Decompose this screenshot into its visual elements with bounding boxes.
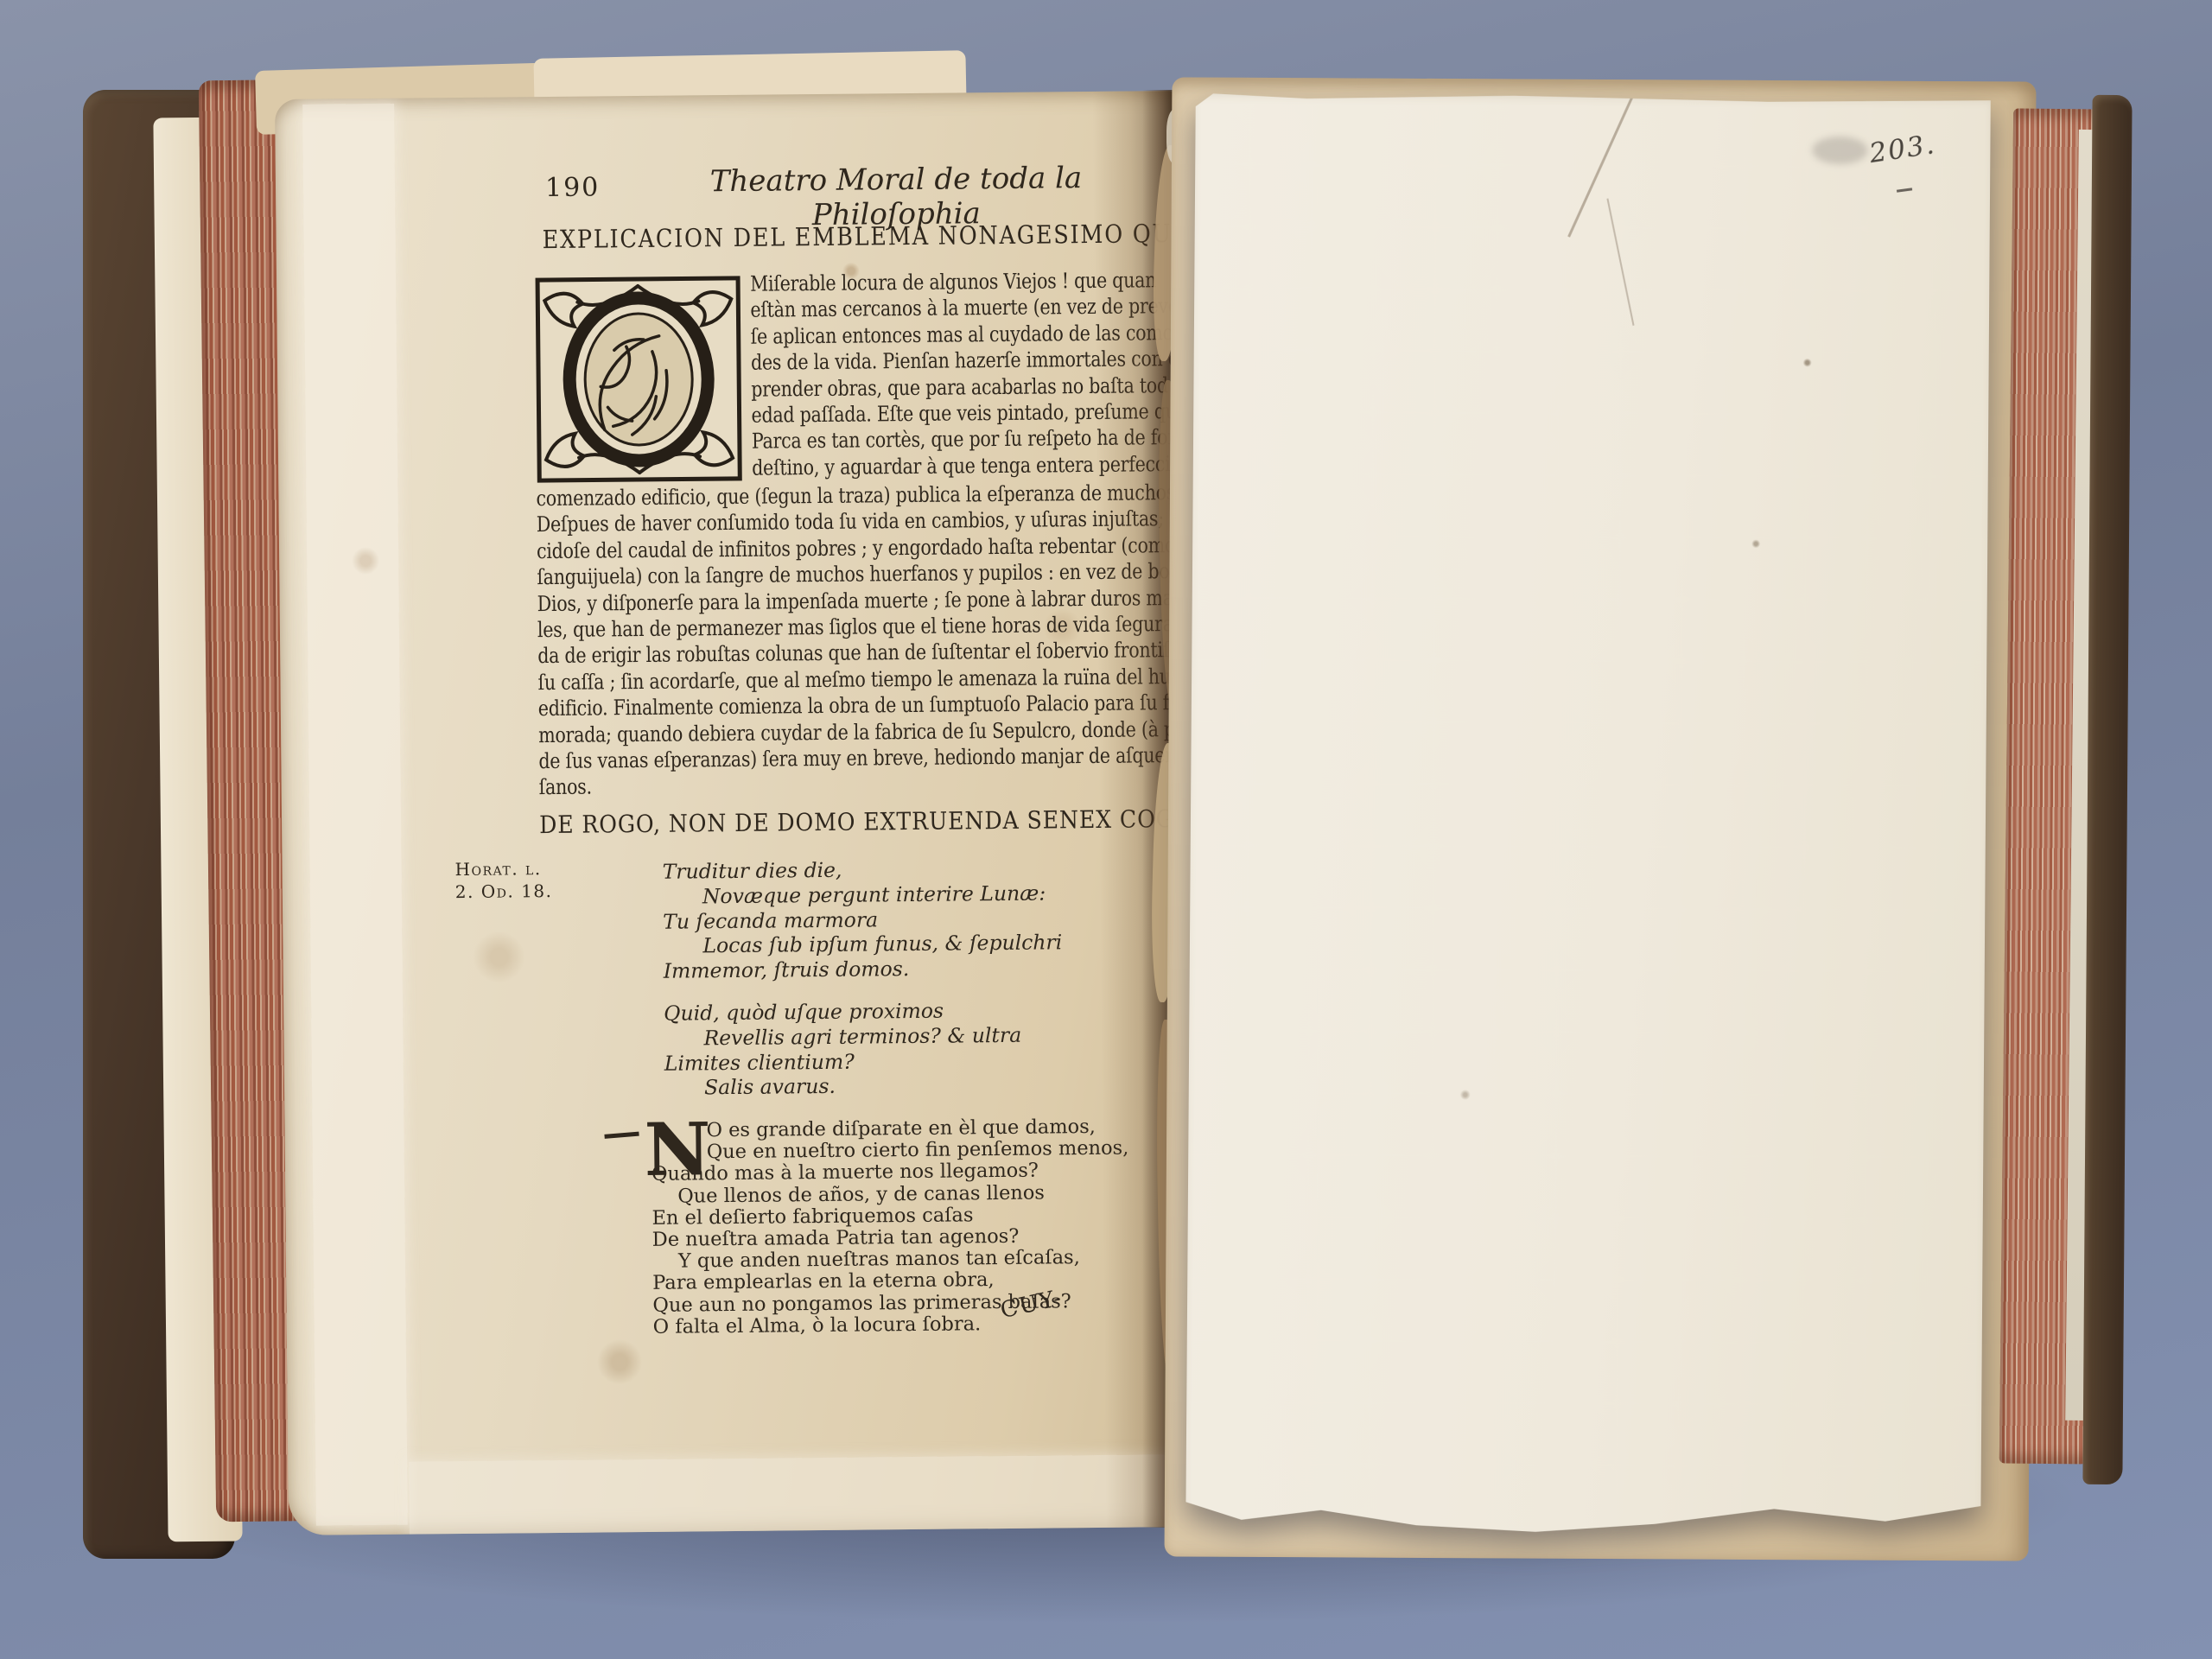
verse-line: Salis avarus. bbox=[664, 1072, 1022, 1101]
right-blank-page: 203. bbox=[1185, 91, 1991, 1541]
latin-stanza-2: Quid, quòd uſque proximos Revellis agri … bbox=[664, 998, 1022, 1101]
handwritten-dash bbox=[1897, 188, 1912, 192]
photo-scene: Horat. l. 2. Od. 18. 190 Theatro Moral d… bbox=[0, 0, 2212, 1659]
paper-crease bbox=[1606, 199, 1634, 326]
verse-line: Revellis agri terminos? & ultra bbox=[664, 1023, 1021, 1052]
right-page-wrap: 203. bbox=[1185, 91, 1991, 1541]
verse-line: Tu ſecanda marmora bbox=[663, 906, 1062, 934]
ornamental-initial-woodcut bbox=[534, 273, 743, 486]
printers-dash bbox=[604, 1132, 639, 1139]
verse-line: Immemor, ſtruis domos. bbox=[664, 956, 1063, 984]
right-cover-leather bbox=[2082, 95, 2132, 1484]
verse-line: Quid, quòd uſque proximos bbox=[664, 998, 1021, 1027]
verse-line: Locas ſub ipſum funus, & ſepulchri bbox=[663, 931, 1062, 959]
repair-strip-vertical bbox=[302, 104, 408, 1526]
verse-line: Novæque pergunt interire Lunæ: bbox=[663, 880, 1062, 909]
page-number: 190 bbox=[545, 172, 601, 203]
handwritten-folio-number: 203. bbox=[1867, 129, 1938, 169]
erased-pencil-smudge bbox=[1812, 137, 1867, 164]
verse-line: O falta el Alma, ò la locura ſobra. bbox=[646, 1312, 1131, 1338]
latin-stanza-1: Truditur dies die, Novæque pergunt inter… bbox=[663, 855, 1063, 983]
margin-citation-line2: 2. Od. 18. bbox=[455, 880, 553, 903]
left-page: Horat. l. 2. Od. 18. 190 Theatro Moral d… bbox=[275, 91, 1189, 1535]
verse-line: Limites clientium? bbox=[664, 1047, 1022, 1076]
margin-citation-line1: Horat. l. bbox=[454, 857, 552, 880]
text-column: 190 Theatro Moral de toda la Philoſophia… bbox=[532, 91, 1187, 1533]
latin-motto: DE ROGO, NON DE DOMO EXTRUENDA SENEX COG… bbox=[539, 804, 1187, 840]
verse-drop-cap-N: N bbox=[644, 1120, 710, 1180]
margin-citation: Horat. l. 2. Od. 18. bbox=[454, 857, 552, 903]
ornamental-initial-O: O bbox=[534, 273, 743, 486]
paragraph-full-lines: comenzado edificio, que (ſegun la traza)… bbox=[536, 478, 1187, 801]
paper-specks bbox=[1185, 91, 1991, 1541]
verse-line: Truditur dies die, bbox=[663, 855, 1062, 884]
paper-crease bbox=[1567, 95, 1634, 238]
